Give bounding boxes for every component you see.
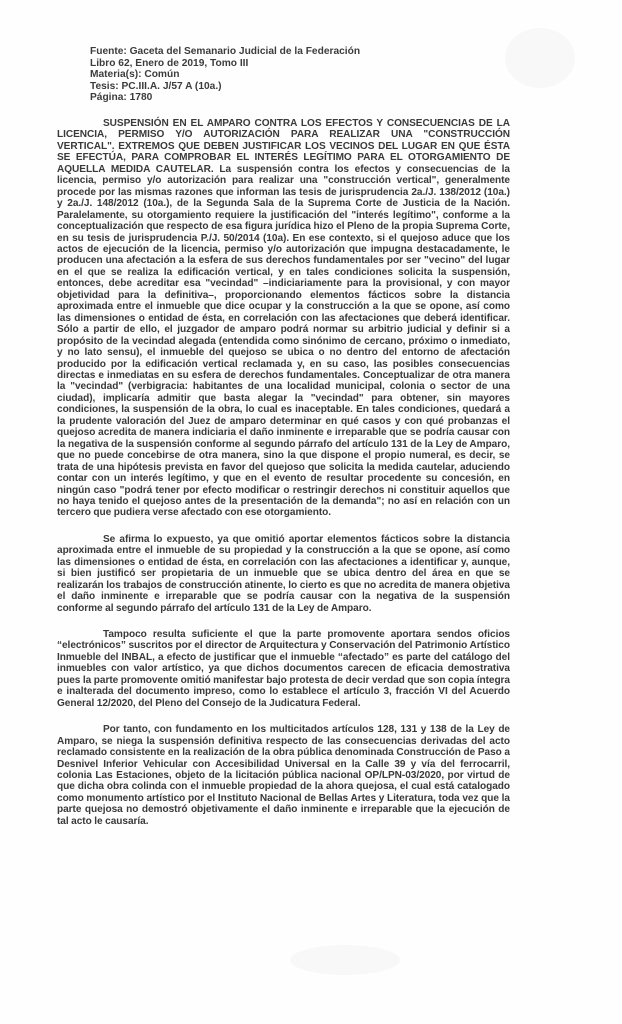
paragraph-resolution: Por tanto, con fundamento en los multici…: [57, 724, 510, 827]
paragraph-evidence: Tampoco resulta suficiente el que la par…: [57, 629, 510, 709]
document-body: SUSPENSIÓN EN EL AMPARO CONTRA LOS EFECT…: [57, 118, 510, 842]
citation-header: Fuente: Gaceta del Semanario Judicial de…: [90, 46, 360, 104]
thesis-body: La suspensión contra los efectos y conse…: [57, 164, 510, 519]
thesis-number-line: Tesis: PC.III.A. J/57 A (10a.): [90, 81, 360, 93]
source-line: Fuente: Gaceta del Semanario Judicial de…: [90, 46, 360, 58]
book-line: Libro 62, Enero de 2019, Tomo III: [90, 58, 360, 70]
scanned-document-page: Fuente: Gaceta del Semanario Judicial de…: [0, 0, 622, 1024]
thesis-paragraph: SUSPENSIÓN EN EL AMPARO CONTRA LOS EFECT…: [57, 118, 510, 519]
page-number-line: Página: 1780: [90, 92, 360, 104]
subject-line: Materia(s): Común: [90, 69, 360, 81]
bleed-through-mark: [505, 28, 575, 88]
bleed-through-mark: [290, 945, 400, 975]
paragraph-reasoning: Se afirma lo expuesto, ya que omitió apo…: [57, 534, 510, 614]
